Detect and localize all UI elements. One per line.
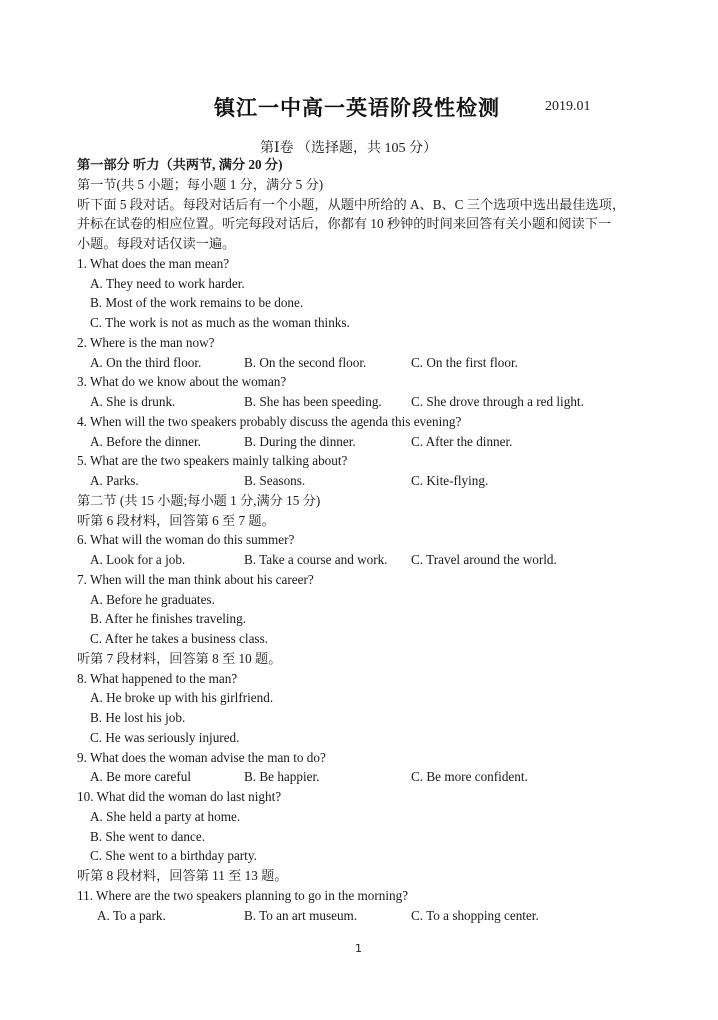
document-title: 镇江一中高一英语阶段性检测	[214, 92, 500, 122]
option-b: B. She went to dance.	[77, 827, 652, 847]
option-c: C. Be more confident.	[411, 767, 528, 787]
question-stem: 5. What are the two speakers mainly talk…	[77, 451, 652, 471]
section2-heading: 第二节 (共 15 小题;每小题 1 分,满分 15 分)	[77, 491, 652, 511]
option-a: A. Before the dinner.	[90, 432, 201, 452]
page-number: 1	[355, 942, 362, 955]
option-c: C. The work is not as much as the woman …	[77, 313, 652, 333]
option-b: B. Seasons.	[244, 471, 305, 491]
options-row: A. Before the dinner. B. During the dinn…	[77, 432, 652, 452]
instructions-line: 并标在试卷的相应位置。听完每段对话后，你都有 10 秒钟的时间来回答有关小题和阅…	[77, 214, 652, 234]
option-c: C. She drove through a red light.	[411, 392, 584, 412]
material-instruction: 听第 8 段材料，回答第 11 至 13 题。	[77, 866, 652, 886]
options-row: A. Look for a job. B. Take a course and …	[77, 550, 652, 570]
option-a: A. Be more careful	[90, 767, 191, 787]
option-c: C. After he takes a business class.	[77, 629, 652, 649]
section1-heading: 第一节(共 5 小题；每小题 1 分，满分 5 分)	[77, 175, 652, 195]
option-c: C. He was seriously injured.	[77, 728, 652, 748]
option-b: B. He lost his job.	[77, 708, 652, 728]
option-a: A. He broke up with his girlfriend.	[77, 688, 652, 708]
option-b: B. After he finishes traveling.	[77, 609, 652, 629]
options-row: A. Parks. B. Seasons. C. Kite-flying.	[77, 471, 652, 491]
document-date: 2019.01	[545, 99, 591, 115]
option-a: A. Before he graduates.	[77, 590, 652, 610]
options-row: A. To a park. B. To an art museum. C. To…	[77, 906, 652, 926]
question-stem: 10. What did the woman do last night?	[77, 787, 652, 807]
option-c: C. Travel around the world.	[411, 550, 557, 570]
option-a: A. Look for a job.	[90, 550, 185, 570]
option-a: A. To a park.	[97, 906, 166, 926]
question-stem: 3. What do we know about the woman?	[77, 372, 652, 392]
option-b: B. She has been speeding.	[244, 392, 382, 412]
question-stem: 6. What will the woman do this summer?	[77, 530, 652, 550]
option-b: B. To an art museum.	[244, 906, 357, 926]
material-instruction: 听第 7 段材料，回答第 8 至 10 题。	[77, 649, 652, 669]
volume-subtitle: 第Ⅰ卷 （选择题，共 105 分）	[260, 137, 437, 157]
options-row: A. On the third floor. B. On the second …	[77, 353, 652, 373]
options-row: A. She is drunk. B. She has been speedin…	[77, 392, 652, 412]
material-instruction: 听第 6 段材料，回答第 6 至 7 题。	[77, 511, 652, 531]
question-stem: 9. What does the woman advise the man to…	[77, 748, 652, 768]
option-c: C. After the dinner.	[411, 432, 512, 452]
options-row: A. Be more careful B. Be happier. C. Be …	[77, 767, 652, 787]
option-a: A. On the third floor.	[90, 353, 201, 373]
option-c: C. She went to a birthday party.	[77, 846, 652, 866]
option-a: A. She is drunk.	[90, 392, 175, 412]
document-body: 第一部分 听力（共两节, 满分 20 分) 第一节(共 5 小题；每小题 1 分…	[77, 155, 652, 925]
part1-heading: 第一部分 听力（共两节, 满分 20 分)	[77, 155, 652, 175]
option-b: B. On the second floor.	[244, 353, 366, 373]
instructions-line: 小题。每段对话仅读一遍。	[77, 234, 652, 254]
instructions-line: 听下面 5 段对话。每段对话后有一个小题，从题中所给的 A、B、C 三个选项中选…	[77, 195, 652, 215]
option-b: B. During the dinner.	[244, 432, 356, 452]
option-c: C. To a shopping center.	[411, 906, 539, 926]
question-stem: 2. Where is the man now?	[77, 333, 652, 353]
option-a: A. They need to work harder.	[77, 274, 652, 294]
option-a: A. She held a party at home.	[77, 807, 652, 827]
option-a: A. Parks.	[90, 471, 139, 491]
option-b: B. Be happier.	[244, 767, 319, 787]
question-stem: 1. What does the man mean?	[77, 254, 652, 274]
option-b: B. Take a course and work.	[244, 550, 387, 570]
question-stem: 7. When will the man think about his car…	[77, 570, 652, 590]
option-b: B. Most of the work remains to be done.	[77, 293, 652, 313]
option-c: C. Kite-flying.	[411, 471, 488, 491]
question-stem: 11. Where are the two speakers planning …	[77, 886, 652, 906]
question-stem: 4. When will the two speakers probably d…	[77, 412, 652, 432]
option-c: C. On the first floor.	[411, 353, 518, 373]
question-stem: 8. What happened to the man?	[77, 669, 652, 689]
